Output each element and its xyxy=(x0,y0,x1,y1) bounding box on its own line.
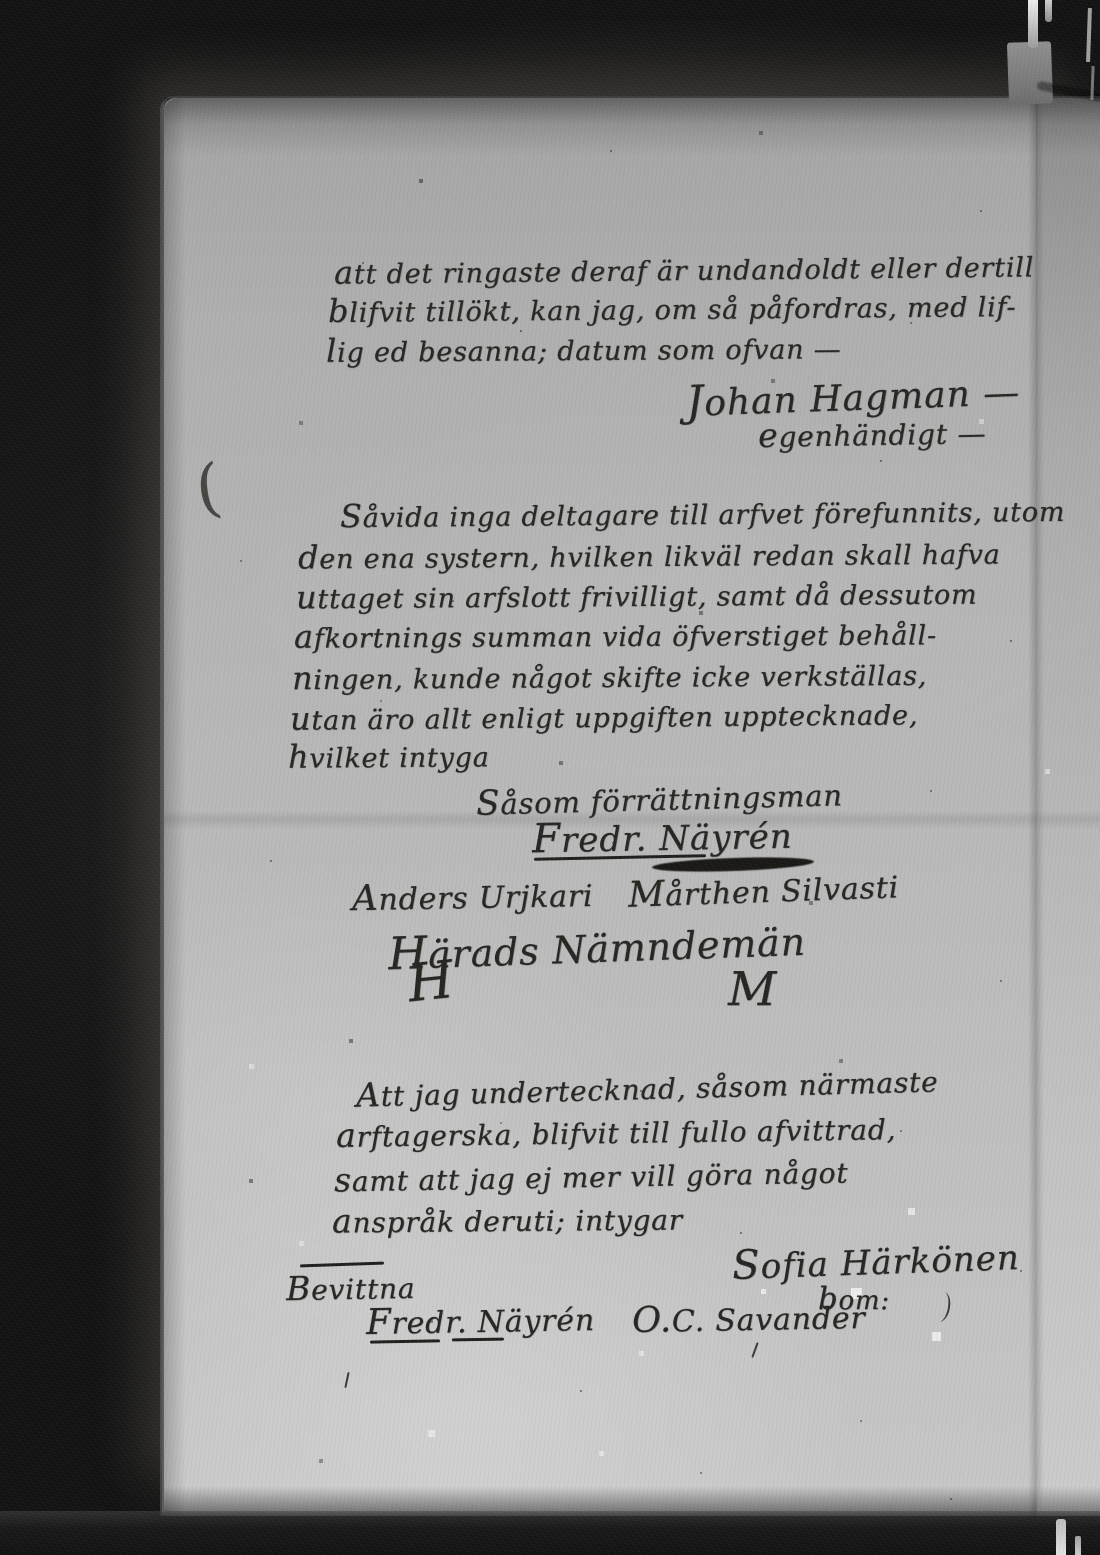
microfilm-scan: ( att det ringaste deraf är undandoldt e… xyxy=(0,0,1100,1555)
binding-clamp-base xyxy=(1007,41,1053,104)
handwriting-line: den ena systern, hvilken likväl redan sk… xyxy=(298,534,1001,577)
binding-clamp-bar-small xyxy=(1045,0,1052,22)
film-sprocket-mark xyxy=(1056,1519,1066,1555)
page-left-shadow xyxy=(164,98,186,1516)
handwriting-line: afkortnings summan vida öfverstiget behå… xyxy=(294,614,937,655)
handwriting-line: arftagerska, blifvit till fullo afvittra… xyxy=(336,1108,897,1155)
film-edge-band xyxy=(0,1511,1100,1555)
handwriting-line: lig ed besanna; datum som ofvan — xyxy=(326,328,842,370)
signature-fredr-nayren: Fredr. Näyrén xyxy=(532,812,793,863)
handwriting-line: hvilket intyga xyxy=(288,736,490,775)
page-top-shadow xyxy=(164,98,1100,156)
handwriting-line: att det ringaste deraf är undandoldt ell… xyxy=(334,246,1034,291)
binding-clamp-bar xyxy=(1028,0,1038,48)
signature-annotation: egenhändigt — xyxy=(758,412,987,455)
signature-oc-savander: O.C. Savander xyxy=(632,1296,866,1341)
handwriting-line: ningen, kunde något skifte icke verkstäl… xyxy=(292,655,927,697)
handwriting-line: Såvida inga deltagare till arfvet förefu… xyxy=(340,491,1065,535)
witness-name-left: Anders Urjkari xyxy=(352,874,594,919)
signature-fredr-nayren-2: Fredr. Näyrén xyxy=(366,1298,596,1343)
film-sprocket-mark xyxy=(1075,1536,1081,1555)
witness-mark-left: H xyxy=(405,950,457,1014)
witness-mark-right: M xyxy=(728,962,777,1017)
handwriting-line: uttaget sin arfslott frivilligt, samt då… xyxy=(296,574,978,617)
handwriting-line: blifvit tillökt, kan jag, om så påfordra… xyxy=(328,286,1017,330)
dust-specks-light xyxy=(0,0,3,3)
handwriting-line: anspråk deruti; intygar xyxy=(332,1198,683,1240)
handwriting-line: utan äro allt enligt uppgiften uppteckna… xyxy=(290,694,918,737)
adjacent-page-strip xyxy=(1036,98,1100,1516)
